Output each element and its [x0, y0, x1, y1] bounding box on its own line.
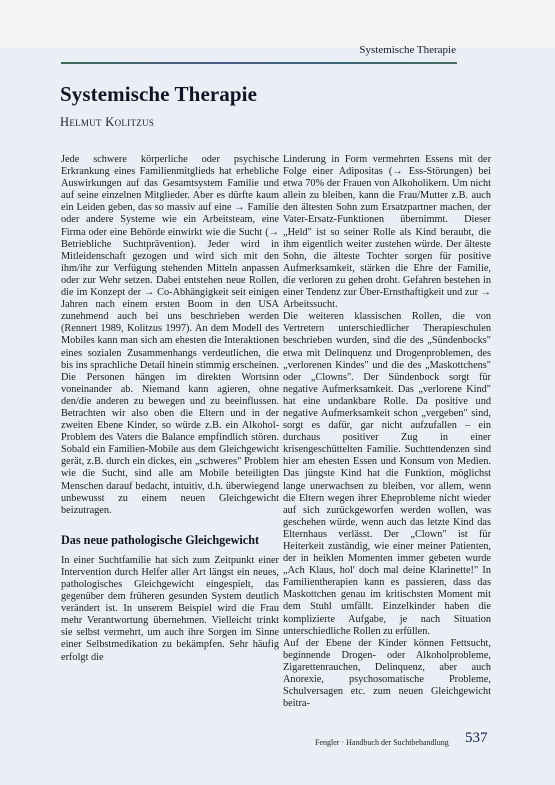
- running-head: Systemische Therapie: [58, 44, 456, 57]
- header-rule: [61, 62, 457, 64]
- paragraph: Linderung in Form vermehrten Essens mit …: [283, 154, 491, 311]
- section-heading: Das neue pathologische Gleichgewicht: [61, 533, 279, 548]
- paragraph: Jede schwere körperliche oder psychische…: [61, 154, 279, 517]
- paragraph: In einer Suchtfamilie hat sich zum Zeitp…: [61, 555, 279, 664]
- page-number: 537: [465, 730, 488, 747]
- book-title: Fengler · Handbuch der Suchtbehandlung: [315, 738, 449, 747]
- article-author: Helmut Kolitzus: [60, 115, 154, 130]
- paragraph: Auf der Ebene der Kinder können Fettsuch…: [283, 638, 491, 711]
- page-footer: Fengler · Handbuch der Suchtbehandlung 5…: [315, 738, 490, 747]
- paragraph: Die weiteren klassischen Rollen, die von…: [283, 311, 491, 638]
- article-title: Systemische Therapie: [60, 82, 257, 107]
- right-column: Linderung in Form vermehrten Essens mit …: [283, 154, 491, 710]
- left-column: Jede schwere körperliche oder psychische…: [61, 154, 279, 664]
